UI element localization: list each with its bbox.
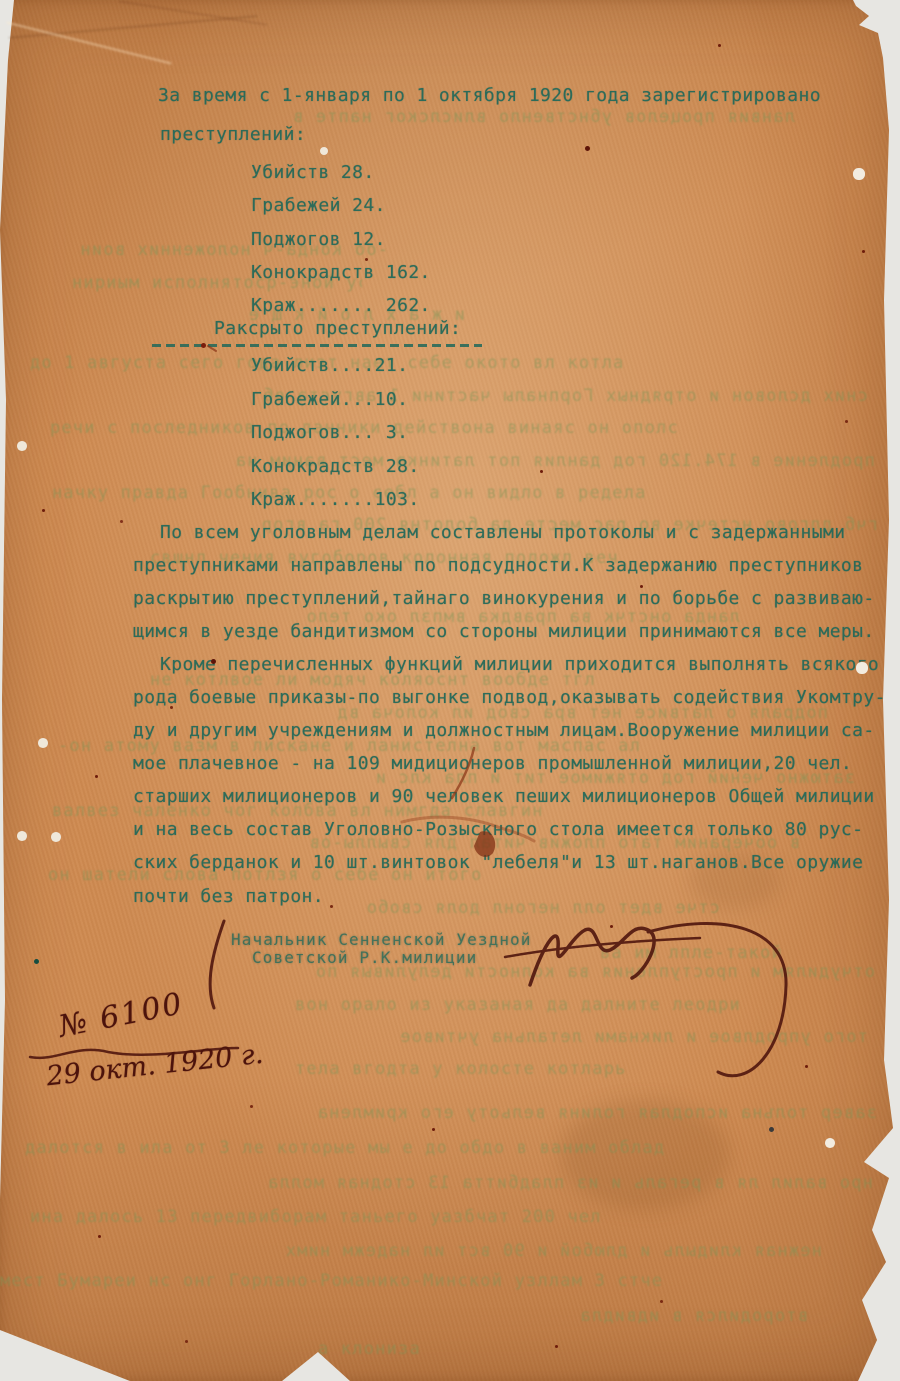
- title-line-2: преступлений:: [160, 125, 306, 145]
- list-item: Краж....... 262.: [251, 296, 431, 316]
- ghost-line: тела вгодта у колосте котларь: [295, 1060, 805, 1079]
- list-item: Грабежей...10.: [251, 390, 408, 410]
- paragraph-line: ских берданок и 10 шт.винтовок "лебеля"и…: [133, 853, 863, 873]
- paragraph-line: Кроме перечисленных функций милиции прих…: [160, 655, 879, 675]
- ghost-line: до 1 августа сего года лизт нает себе ок…: [30, 354, 875, 373]
- ghost-line: втородился в идвидла: [318, 1307, 808, 1326]
- signature-title-line-1: Начальник Сенненской Уездной: [231, 930, 532, 950]
- ghost-line: речи с последников по данники действона …: [50, 419, 875, 438]
- paragraph-line: мое плачевное - на 109 мидиционеров пром…: [133, 754, 852, 774]
- list-item: Грабежей 24.: [251, 196, 386, 216]
- paragraph-line: преступниками направлены по подсудности.…: [133, 556, 863, 576]
- ghost-line: далотся в ила от 3 ле которые мы е до об…: [25, 1139, 860, 1158]
- paragraph-line: рода боевые приказы-по выгонке подвод,ок…: [133, 688, 886, 708]
- scanned-document: ланвия процелов убнственло влислског нап…: [0, 0, 900, 1381]
- paragraph-line: По всем уголовным делам составлены прото…: [160, 523, 845, 543]
- paragraph-line: старших милиционеров и 90 человек пеших …: [133, 787, 875, 807]
- list-item: Конокрадств 28.: [251, 457, 420, 477]
- solved-crimes-heading: Раксрыто преступлений:: [214, 319, 461, 339]
- title-line-1: За время с 1-января по 1 октября 1920 го…: [158, 86, 821, 106]
- ghost-line: вон орало из указаная да далните леодри: [295, 996, 865, 1015]
- pin-holes-layer: [0, 0, 4, 4]
- list-item: Убийств 28.: [251, 163, 375, 183]
- ghost-line: того упродлвое и ликнами летальна учтиво…: [238, 1028, 868, 1047]
- paragraph-line: ду и другим учреждениям и должностным ли…: [133, 721, 875, 741]
- paragraph-line: и на весь состав Уголовно-Розыскного сто…: [133, 820, 863, 840]
- list-item: Краж.......103.: [251, 490, 420, 510]
- list-item: Убийств....21.: [251, 356, 408, 376]
- list-item: Конокрадств 162.: [251, 263, 431, 283]
- ghost-line: продление в 174.120 год данлия пот латин…: [30, 452, 875, 471]
- ghost-line: начку правда Гообнива рос о себл а он ви…: [52, 484, 867, 503]
- ghost-line: сних дсловон и отрядных Горпналы частини…: [58, 387, 868, 406]
- dashed-underline: [152, 344, 482, 347]
- ghost-line: а клониза: [318, 1340, 588, 1359]
- ghost-line: ва им лпле-такой: [600, 944, 880, 963]
- ghost-line: нро валил ля в регаль и из пладбитта 13 …: [18, 1174, 873, 1193]
- ghost-line: мест Бумареи нс онг Горлано-Романико-Мин…: [0, 1272, 885, 1291]
- list-item: Поджогов... 3.: [251, 423, 408, 443]
- signature-title-line-2: Советской Р.К.милиции: [252, 948, 477, 968]
- list-item: Поджогов 12.: [251, 230, 386, 250]
- paragraph-line: почти без патрон.: [133, 887, 324, 907]
- ghost-line: нежная клидыль и длюбой и 90 вст ил наде…: [52, 1242, 822, 1261]
- ghost-line: завер толъна исподлая голиня вельоту его…: [12, 1104, 877, 1123]
- ghost-line: ина далось 13 передвиборам таньего уазбч…: [30, 1208, 840, 1227]
- paragraph-line: раскрытию преступлений,тайнаго винокурен…: [133, 589, 875, 609]
- paragraph-line: щимся в уезде бандитизмом со стороны мил…: [133, 622, 875, 642]
